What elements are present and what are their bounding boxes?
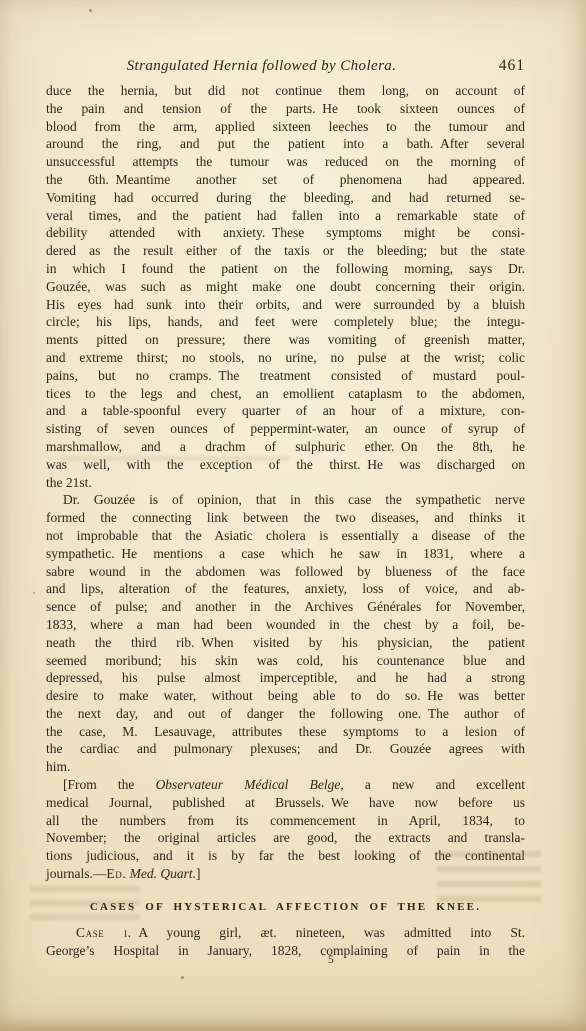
- text-line: and lips, alteration of the features, an…: [46, 580, 525, 598]
- text-line: debility attended with anxiety. These sy…: [46, 224, 525, 242]
- text-line: ments pitted on pressure; there was vomi…: [46, 331, 525, 349]
- text-line: unsuccessful attempts the tumour was red…: [46, 153, 525, 171]
- text-line: dered as the result either of the taxis …: [46, 242, 525, 260]
- plain-text: [From the: [63, 777, 156, 792]
- text-line: desire to make water, without being able…: [46, 687, 525, 705]
- text-line: the 6th. Meantime another set of phenome…: [46, 171, 525, 189]
- text-line: around the ring, and put the patient int…: [46, 135, 525, 153]
- text-line: journals.—Ed. Med. Quart.]: [46, 865, 525, 883]
- page-bottom-edge: [0, 1017, 586, 1031]
- text-line: was well, with the exception of the thir…: [46, 456, 525, 474]
- text-line: blood from the arm, applied sixteen leec…: [46, 118, 525, 136]
- text-line: Dr. Gouzée is of opinion, that in this c…: [46, 491, 525, 509]
- text-line: circle; his lips, hands, and feet were c…: [46, 313, 525, 331]
- text-line: depressed, his pulse almost imperceptibl…: [46, 669, 525, 687]
- plain-text: ]: [196, 866, 201, 881]
- smallcaps-text: Ed.: [106, 866, 126, 881]
- text-line: the pain and tension of the parts. He to…: [46, 100, 525, 118]
- text-line: sisting of seven ounces of peppermint-wa…: [46, 420, 525, 438]
- section-heading: CASES OF HYSTERICAL AFFECTION OF THE KNE…: [46, 901, 525, 913]
- page-number: 461: [499, 55, 525, 77]
- text-line: marshmallow, and a drachm of sulphuric e…: [46, 438, 525, 456]
- text-line: formed the connecting link between the t…: [46, 509, 525, 527]
- plain-text: journals.—: [46, 866, 106, 881]
- text-line: pains, but no cramps. The treatment cons…: [46, 367, 525, 385]
- text-line: tions judicious, and it is by far the be…: [46, 847, 525, 865]
- text-line: Case i. A young girl, æt. nineteen, was …: [46, 924, 525, 942]
- plain-text: , a new and excellent: [340, 777, 525, 792]
- text-line: duce the hernia, but did not continue th…: [46, 82, 525, 100]
- header-title: Strangulated Hernia followed by Cholera.: [46, 55, 525, 77]
- paragraph-editor-note: [From the Observateur Médical Belge, a n…: [46, 776, 525, 883]
- text-line: sympathetic. He mentions a case which he…: [46, 545, 525, 563]
- text-line: tices to the legs and chest, an emollien…: [46, 385, 525, 403]
- text-line: and a table-spoonful every quarter of an…: [46, 402, 525, 420]
- text-line: His eyes had sunk into their orbits, and…: [46, 296, 525, 314]
- text-line: and extreme thirst; no stools, no urine,…: [46, 349, 525, 367]
- italic-text: Observateur Médical Belge: [156, 777, 341, 792]
- book-page: Strangulated Hernia followed by Cholera.…: [0, 0, 586, 1031]
- text-line: [From the Observateur Médical Belge, a n…: [46, 776, 525, 794]
- text-line: medical Journal, published at Brussels. …: [46, 794, 525, 812]
- text-line: the next day, and out of danger the foll…: [46, 705, 525, 723]
- paper-speck: [181, 976, 184, 979]
- text-line: seemed moribund; his skin was cold, his …: [46, 652, 525, 670]
- text-line: 1833, where a man had been wounded in th…: [46, 616, 525, 634]
- text-line: the case, M. Lesauvage, attributes these…: [46, 723, 525, 741]
- italic-text: Med. Quart.: [130, 866, 196, 881]
- text-line: the 21st.: [46, 474, 525, 492]
- plain-text: A young girl, æt. nineteen, was admitted…: [132, 925, 525, 940]
- text-line: sence of pulse; and another in the Archi…: [46, 598, 525, 616]
- paper-speck: [89, 9, 92, 12]
- text-line: George’s Hospital in January, 1828, comp…: [46, 942, 525, 960]
- text-line: sabre wound in the abdomen was followed …: [46, 563, 525, 581]
- case-paragraph: Case i. A young girl, æt. nineteen, was …: [46, 924, 525, 960]
- paragraph-continuation: duce the hernia, but did not continue th…: [46, 82, 525, 491]
- paragraph-gouzee-opinion: Dr. Gouzée is of opinion, that in this c…: [46, 491, 525, 776]
- text-line: neath the third rib. When visited by his…: [46, 634, 525, 652]
- text-line: Gouzée, was such as might make one doubt…: [46, 278, 525, 296]
- text-line: November; the original articles are good…: [46, 829, 525, 847]
- smallcaps-text: Case i.: [76, 925, 132, 940]
- text-line: in which I found the patient on the foll…: [46, 260, 525, 278]
- text-line: not improbable that the Asiatic cholera …: [46, 527, 525, 545]
- text-line: veral times, and the patient had fallen …: [46, 207, 525, 225]
- running-header: Strangulated Hernia followed by Cholera.…: [46, 55, 525, 77]
- text-line: him.: [46, 758, 525, 776]
- text-line: Vomiting had occurred during the bleedin…: [46, 189, 525, 207]
- paper-speck: [33, 592, 35, 594]
- text-line: the cardiac and pulmonary plexuses; and …: [46, 740, 525, 758]
- text-line: all the numbers from its commencement in…: [46, 812, 525, 830]
- signature-mark: 5: [328, 954, 334, 966]
- body-text: duce the hernia, but did not continue th…: [46, 82, 525, 883]
